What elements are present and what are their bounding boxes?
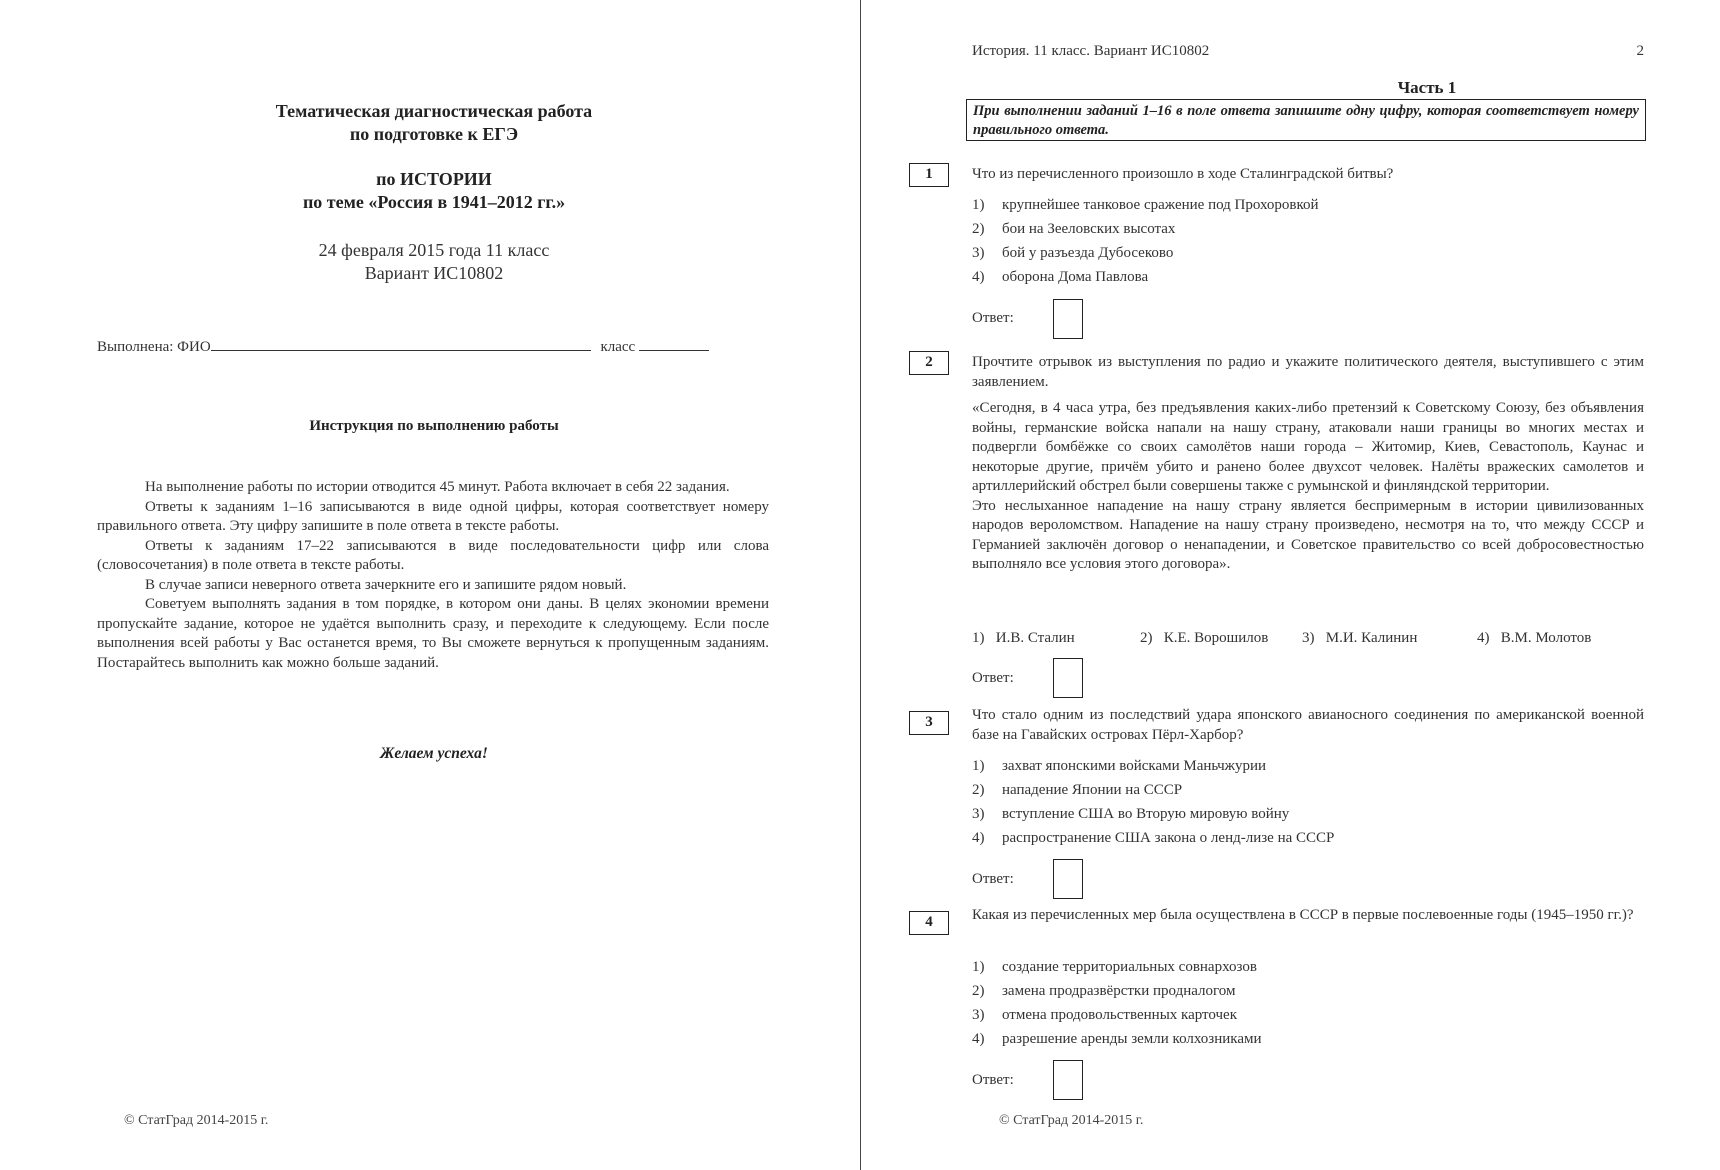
fio-label: Выполнена: ФИО: [97, 339, 211, 355]
copyright-footer: © СтатГрад 2014-2015 г.: [124, 1113, 268, 1129]
option-text: К.Е. Ворошилов: [1164, 630, 1269, 646]
work-title: Тематическая диагностическая работа по п…: [96, 100, 772, 146]
option-text: бои на Зееловских высотах: [1002, 221, 1175, 237]
answer-box-q4[interactable]: [1053, 1060, 1083, 1100]
answer-option: 4)распространение США закона о ленд-лизе…: [972, 830, 1334, 847]
date-variant-block: 24 февраля 2015 года 11 класс Вариант ИС…: [96, 239, 772, 285]
option-text: оборона Дома Павлова: [1002, 269, 1148, 285]
answer-label: Ответ:: [972, 310, 1014, 327]
instruction-paragraph: На выполнение работы по истории отводитс…: [97, 478, 769, 498]
answer-option: 3)отмена продовольственных карточек: [972, 1007, 1237, 1024]
option-text: распространение США закона о ленд-лизе н…: [1002, 830, 1334, 846]
answer-option: 1) И.В. Сталин: [972, 630, 1075, 647]
option-number: 1): [972, 630, 985, 646]
instruction-paragraph: В случае записи неверного ответа зачеркн…: [97, 576, 769, 596]
option-number: 1): [972, 959, 1002, 976]
option-number: 2): [1140, 630, 1153, 646]
topic-line: по теме «Россия в 1941–2012 гг.»: [96, 191, 772, 214]
option-text: разрешение аренды земли колхозниками: [1002, 1031, 1262, 1047]
quote-paragraph: Это неслыханное нападение на нашу страну…: [972, 497, 1644, 575]
option-text: бой у разъезда Дубосеково: [1002, 245, 1173, 261]
instruction-paragraph: Ответы к заданиям 1–16 записываются в ви…: [97, 498, 769, 537]
option-text: М.И. Калинин: [1326, 630, 1418, 646]
question-number-box: 4: [909, 911, 949, 935]
questions-page: История. 11 класс. Вариант ИС10802 2 Час…: [861, 0, 1720, 1170]
class-field[interactable]: [639, 336, 709, 351]
option-text: захват японскими войсками Маньчжурии: [1002, 758, 1266, 774]
option-text: вступление США во Вторую мировую войну: [1002, 806, 1289, 822]
question-text: Что из перечисленного произошло в ходе С…: [972, 165, 1644, 185]
option-number: 2): [972, 983, 1002, 1000]
option-number: 1): [972, 758, 1002, 775]
option-number: 3): [1302, 630, 1315, 646]
option-number: 3): [972, 245, 1002, 262]
date-line: 24 февраля 2015 года 11 класс: [96, 239, 772, 262]
option-number: 1): [972, 197, 1002, 214]
variant-line: Вариант ИС10802: [96, 262, 772, 285]
answer-option: 4)разрешение аренды земли колхозниками: [972, 1031, 1262, 1048]
copyright-footer: © СтатГрад 2014-2015 г.: [999, 1113, 1143, 1129]
option-number: 4): [1477, 630, 1490, 646]
part-instructions-box: При выполнении заданий 1–16 в поле ответ…: [966, 99, 1646, 141]
good-luck-text: Желаем успеха!: [96, 745, 772, 763]
answer-box-q2[interactable]: [1053, 658, 1083, 698]
cover-page: Тематическая диагностическая работа по п…: [0, 0, 860, 1170]
answer-option: 3)вступление США во Вторую мировую войну: [972, 806, 1289, 823]
answer-option: 2)замена продразвёрстки продналогом: [972, 983, 1236, 1000]
option-number: 4): [972, 830, 1002, 847]
question-number-box: 2: [909, 351, 949, 375]
question-number-box: 3: [909, 711, 949, 735]
quote-text: «Сегодня, в 4 часа утра, без предъявлени…: [972, 399, 1644, 575]
option-number: 4): [972, 269, 1002, 286]
answer-option: 3) М.И. Калинин: [1302, 630, 1417, 647]
class-label: класс: [600, 339, 635, 355]
answer-option: 2)нападение Японии на СССР: [972, 782, 1182, 799]
instruction-paragraph: Ответы к заданиям 17–22 записываются в в…: [97, 537, 769, 576]
answer-option: 1)захват японскими войсками Маньчжурии: [972, 758, 1266, 775]
running-header: История. 11 класс. Вариант ИС10802: [972, 43, 1209, 60]
work-title-line-1: Тематическая диагностическая работа: [96, 100, 772, 123]
answer-option: 2) К.Е. Ворошилов: [1140, 630, 1268, 647]
option-text: крупнейшее танковое сражение под Прохоро…: [1002, 197, 1319, 213]
option-text: замена продразвёрстки продналогом: [1002, 983, 1236, 999]
option-text: создание территориальных совнархозов: [1002, 959, 1257, 975]
page-number: 2: [1637, 43, 1645, 60]
option-number: 2): [972, 221, 1002, 238]
part-title: Часть 1: [1161, 78, 1693, 98]
answer-box-q3[interactable]: [1053, 859, 1083, 899]
option-text: нападение Японии на СССР: [1002, 782, 1182, 798]
student-info-row: Выполнена: ФИО класс: [97, 336, 709, 356]
option-number: 4): [972, 1031, 1002, 1048]
answer-label: Ответ:: [972, 871, 1014, 888]
option-text: В.М. Молотов: [1501, 630, 1592, 646]
option-number: 2): [972, 782, 1002, 799]
option-number: 3): [972, 1007, 1002, 1024]
answer-option: 4) В.М. Молотов: [1477, 630, 1591, 647]
question-number-box: 1: [909, 163, 949, 187]
subject-line: по ИСТОРИИ: [96, 168, 772, 191]
answer-option: 4)оборона Дома Павлова: [972, 269, 1148, 286]
option-text: отмена продовольственных карточек: [1002, 1007, 1237, 1023]
answer-option: 2)бои на Зееловских высотах: [972, 221, 1175, 238]
subject-title: по ИСТОРИИ по теме «Россия в 1941–2012 г…: [96, 168, 772, 214]
question-text: Что стало одним из последствий удара япо…: [972, 706, 1644, 745]
question-text: Прочтите отрывок из выступления по радио…: [972, 353, 1644, 392]
fio-field[interactable]: [211, 336, 591, 351]
instruction-paragraph: Советуем выполнять задания в том порядке…: [97, 595, 769, 673]
quote-paragraph: «Сегодня, в 4 часа утра, без предъявлени…: [972, 399, 1644, 497]
question-text: Какая из перечисленных мер была осуществ…: [972, 906, 1644, 926]
answer-box-q1[interactable]: [1053, 299, 1083, 339]
answer-label: Ответ:: [972, 670, 1014, 687]
answer-option: 1)крупнейшее танковое сражение под Прохо…: [972, 197, 1319, 214]
option-number: 3): [972, 806, 1002, 823]
instructions-title: Инструкция по выполнению работы: [96, 418, 772, 435]
option-text: И.В. Сталин: [996, 630, 1075, 646]
instructions-body: На выполнение работы по истории отводитс…: [97, 478, 769, 673]
work-title-line-2: по подготовке к ЕГЭ: [96, 123, 772, 146]
answer-option: 3)бой у разъезда Дубосеково: [972, 245, 1173, 262]
answer-option: 1)создание территориальных совнархозов: [972, 959, 1257, 976]
answer-label: Ответ:: [972, 1072, 1014, 1089]
